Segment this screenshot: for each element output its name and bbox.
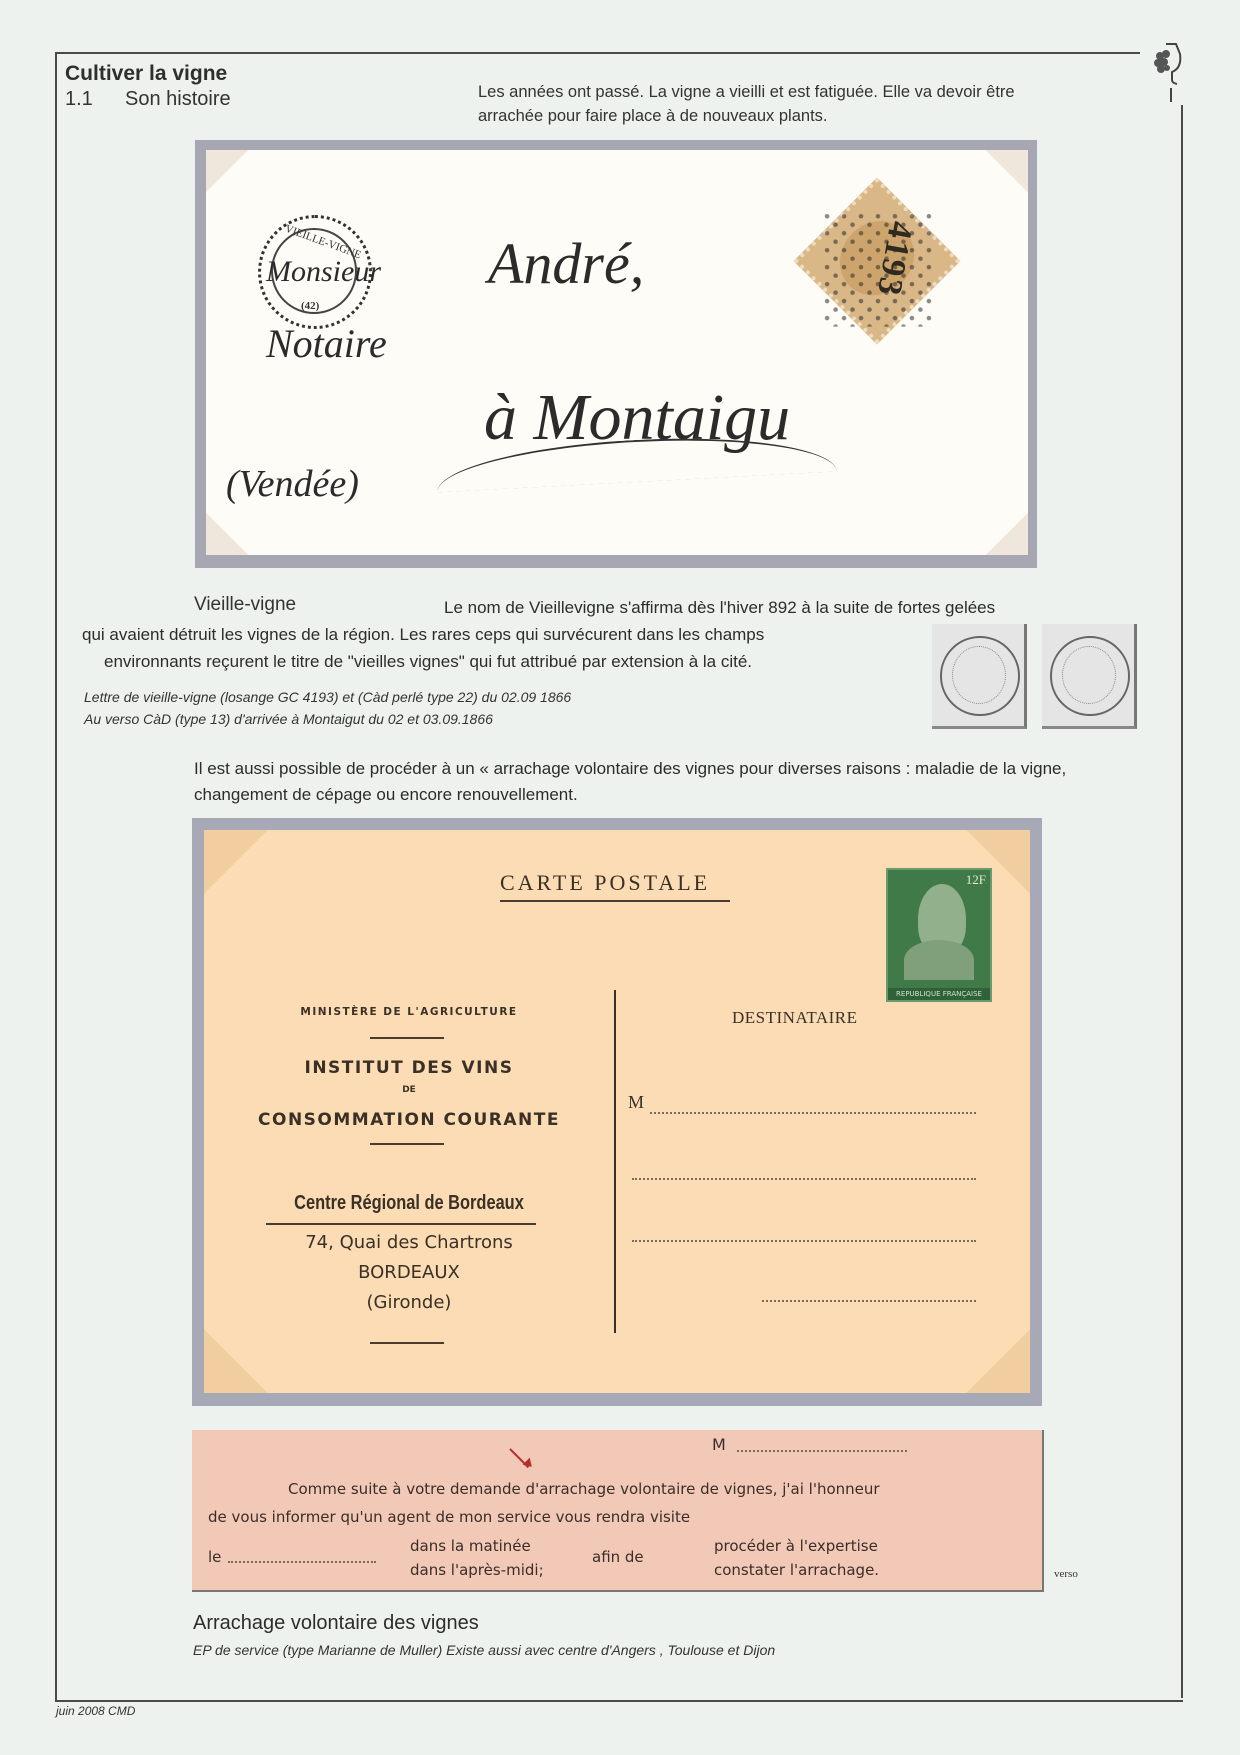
page-title: Cultiver la vigne xyxy=(65,62,227,86)
postcard-title: CARTE POSTALE xyxy=(500,870,710,896)
arrival-cancel-image xyxy=(932,624,1027,729)
divider xyxy=(614,990,616,1333)
section-number: 1.1 xyxy=(65,88,125,111)
caption-title: Arrachage volontaire des vignes xyxy=(193,1612,479,1635)
cover-notes: Lettre de vieille-vigne (losange GC 4193… xyxy=(84,686,571,730)
handwriting-line: André, xyxy=(488,230,644,297)
handwriting-line: Monsieur xyxy=(266,255,381,289)
section-title: Son histoire xyxy=(125,88,231,110)
grape-wineglass-icon xyxy=(1148,38,1188,102)
postcard-image: CARTE POSTALE 12F REPUBLIQUE FRANÇAISE M… xyxy=(204,830,1030,1393)
arrival-cancel-image xyxy=(1042,624,1137,729)
handwriting-line: (Vendée) xyxy=(226,462,359,506)
footer-text: juin 2008 CMD xyxy=(56,1704,135,1718)
verso-label: verso xyxy=(1054,1568,1078,1580)
handwriting-line: Notaire xyxy=(266,320,387,367)
section-subtitle: 1.1Son histoire xyxy=(65,88,231,111)
postcard-verso-image: M Comme suite à votre demande d'arrachag… xyxy=(192,1430,1044,1592)
page-frame-right xyxy=(1181,105,1183,1698)
marianne-stamp: 12F REPUBLIQUE FRANÇAISE xyxy=(886,868,992,1002)
centre-name: Centre Régional de Bordeaux xyxy=(241,1192,577,1215)
caption-subtitle: EP de service (type Marianne de Muller) … xyxy=(193,1642,775,1658)
intro-text: Les années ont passé. La vigne a vieilli… xyxy=(478,80,1038,128)
cover-letter-image: VIEILLE-VIGNE (42) 4193 Monsieur André, … xyxy=(206,150,1028,555)
arrachage-paragraph: Il est aussi possible de procéder à un «… xyxy=(194,756,1074,808)
destinataire-label: DESTINATAIRE xyxy=(732,1008,858,1028)
